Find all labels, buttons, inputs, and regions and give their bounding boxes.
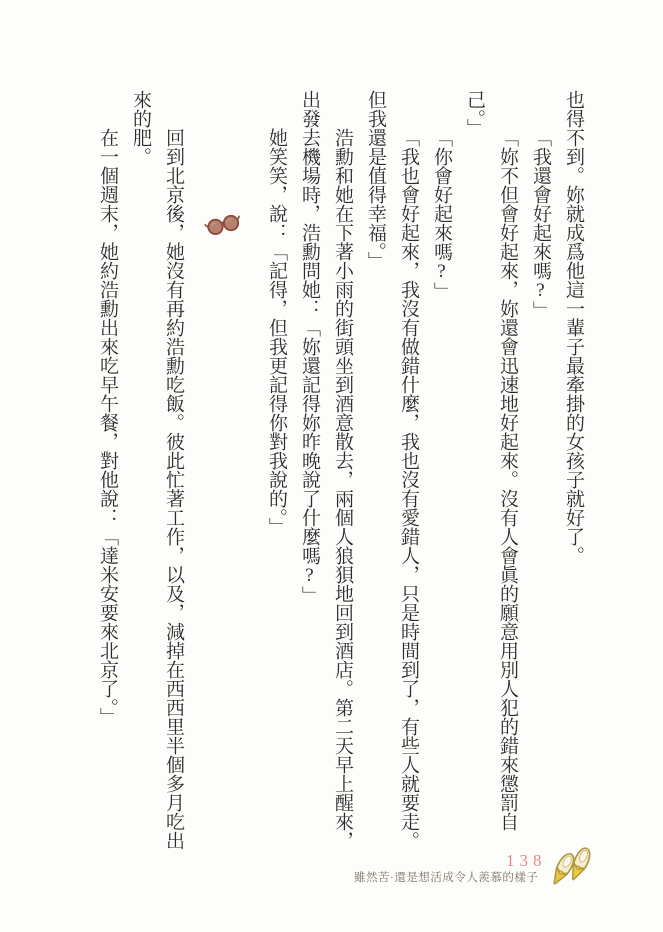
paragraph: 在一個週末，她約浩勳出來吃早午餐，對他說：「達米安要來北京了。」 [91,90,124,850]
paragraph: 回到北京後，她沒有再約浩勳吃飯。彼此忙著工作，以及，減掉在西西里半個多月吃出來的… [124,90,190,850]
paragraph: 「你會好起來嗎?」 [425,90,458,850]
paragraph: 浩勳和她在下著小雨的街頭坐到酒意散去，兩個人狼狽地回到酒店。第二天早上醒來，出發… [293,90,359,850]
paragraph: 「妳不但會好起來，妳還會迅速地好起來。沒有人會眞的願意用別人犯的錯來懲罰自己。」 [458,90,524,850]
book-page: 也得不到。妳就成爲他這一輩子最牽掛的女孩子就好了。 「我還會好起來嗎?」 「妳不… [0,0,663,932]
paragraph: 「我還會好起來嗎?」 [524,90,557,850]
paragraph: 她笑笑，說：「記得，但我更記得你對我說的。」 [260,90,293,850]
paragraph: 也得不到。妳就成爲他這一輩子最牽掛的女孩子就好了。 [557,90,590,850]
running-footer-book-title: 雖然苦·還是想活成令人羨慕的樣子 [354,869,524,885]
paragraph: 「我也會好起來，我沒有做錯什麼，我也沒有愛錯人，只是時間到了，有些人就要走。但我… [359,90,425,850]
page-number: 138 [506,851,547,871]
shoes-icon [549,843,595,897]
body-text: 也得不到。妳就成爲他這一輩子最牽掛的女孩子就好了。 「我還會好起來嗎?」 「妳不… [78,90,590,850]
sunglasses-icon [201,204,245,240]
